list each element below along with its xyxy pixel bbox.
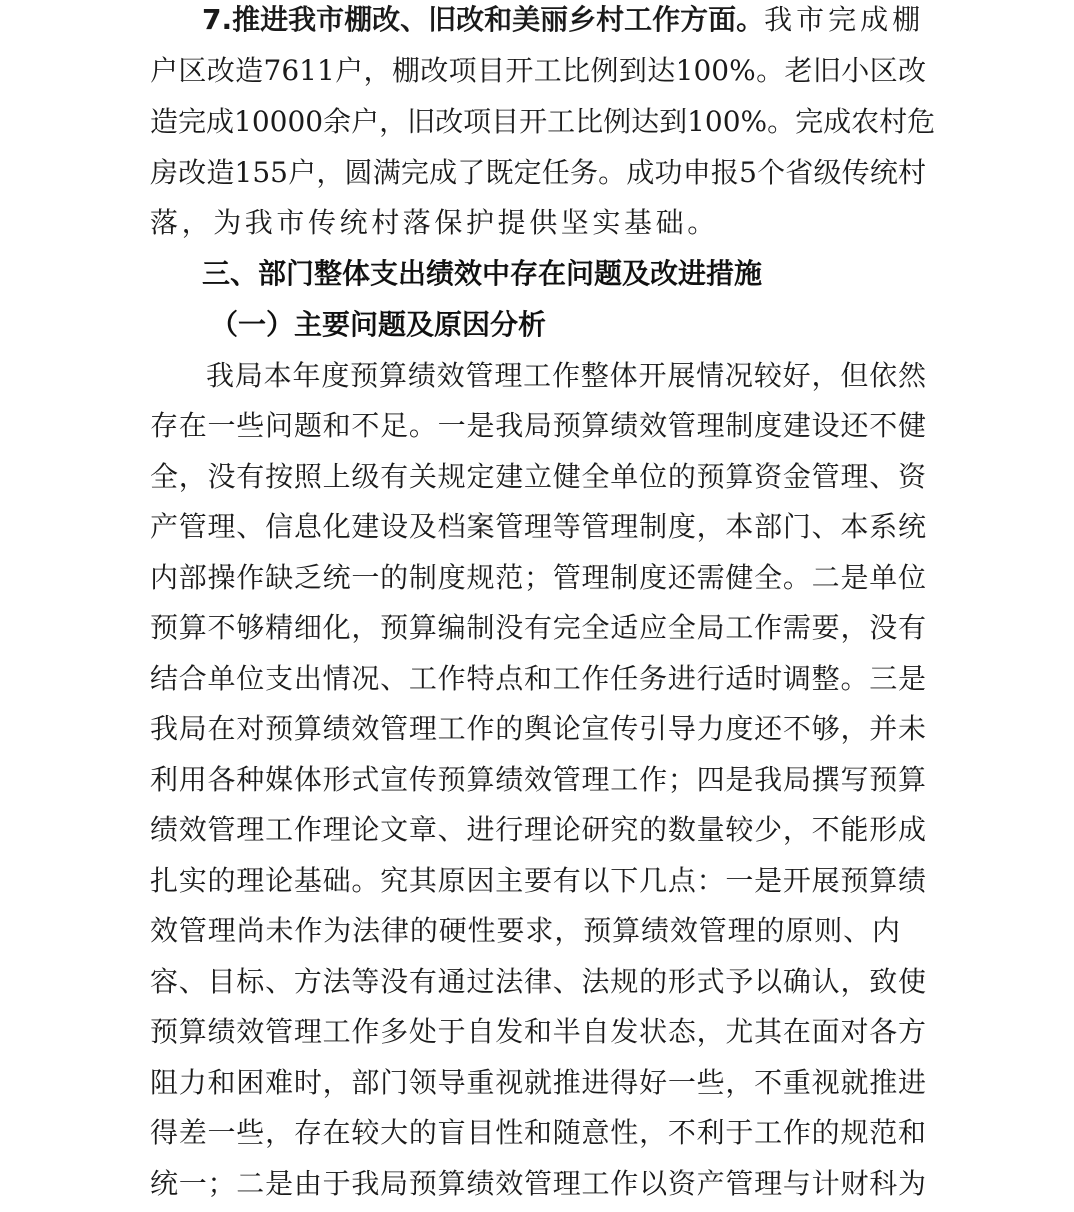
body-line: 户区改造7611户，棚改项目开工比例到达100%。老旧小区改 bbox=[150, 46, 926, 96]
body-line: 内部操作缺乏统一的制度规范；管理制度还需健全。二是单位 bbox=[150, 553, 926, 603]
body-line: 我局在对预算绩效管理工作的舆论宣传引导力度还不够，并未 bbox=[150, 704, 926, 754]
body-line: 结合单位支出情况、工作特点和工作任务进行适时调整。三是 bbox=[150, 654, 926, 704]
body-line: 扎实的理论基础。究其原因主要有以下几点：一是开展预算绩 bbox=[150, 856, 926, 906]
body-line: 造完成10000余户，旧改项目开工比例达到100%。完成农村危 bbox=[150, 97, 926, 147]
body-line: 阻力和困难时，部门领导重视就推进得好一些，不重视就推进 bbox=[150, 1058, 926, 1108]
paragraph-first-line: 我局本年度预算绩效管理工作整体开展情况较好，但依然 bbox=[206, 351, 926, 401]
body-line: 得差一些，存在较大的盲目性和随意性，不利于工作的规范和 bbox=[150, 1108, 926, 1158]
section-7-text: 我市完成棚 bbox=[764, 3, 924, 36]
section-heading: 三、部门整体支出绩效中存在问题及改进措施 bbox=[202, 249, 762, 299]
section-subheading: （一）主要问题及原因分析 bbox=[210, 300, 546, 350]
section-7-first-line: 7.推进我市棚改、旧改和美丽乡村工作方面。我市完成棚 bbox=[202, 0, 926, 45]
body-line: 预算绩效管理工作多处于自发和半自发状态，尤其在面对各方 bbox=[150, 1007, 926, 1057]
body-line: 产管理、信息化建设及档案管理等管理制度，本部门、本系统 bbox=[150, 502, 926, 552]
body-line: 容、目标、方法等没有通过法律、法规的形式予以确认，致使 bbox=[150, 957, 926, 1007]
body-line: 房改造155户，圆满完成了既定任务。成功申报5个省级传统村 bbox=[150, 148, 926, 198]
body-line: 落，为我市传统村落保护提供坚实基础。 bbox=[150, 198, 719, 248]
body-line: 效管理尚未作为法律的硬性要求，预算绩效管理的原则、内 bbox=[150, 906, 900, 956]
section-7-title: 7.推进我市棚改、旧改和美丽乡村工作方面。 bbox=[202, 3, 764, 36]
body-line: 利用各种媒体形式宣传预算绩效管理工作；四是我局撰写预算 bbox=[150, 755, 926, 805]
body-line: 全，没有按照上级有关规定建立健全单位的预算资金管理、资 bbox=[150, 452, 926, 502]
body-line: 存在一些问题和不足。一是我局预算绩效管理制度建设还不健 bbox=[150, 401, 926, 451]
body-line: 绩效管理工作理论文章、进行理论研究的数量较少，不能形成 bbox=[150, 805, 926, 855]
body-line: 预算不够精细化，预算编制没有完全适应全局工作需要，没有 bbox=[150, 603, 926, 653]
body-line: 统一；二是由于我局预算绩效管理工作以资产管理与计财科为 bbox=[150, 1159, 926, 1209]
